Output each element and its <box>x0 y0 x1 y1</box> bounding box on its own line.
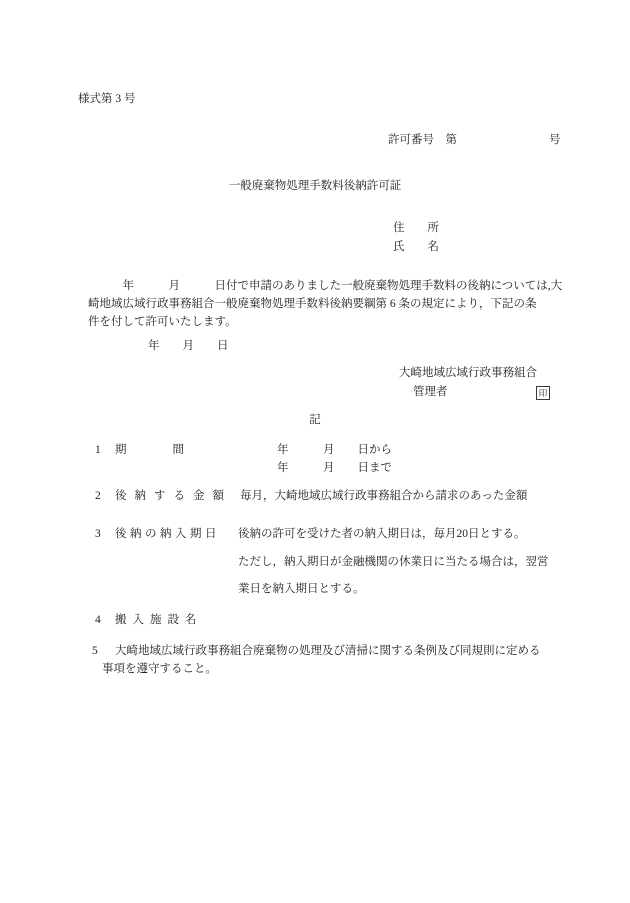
item-3-number: 3 <box>95 527 101 541</box>
issuer-title: 管理者 <box>413 385 448 399</box>
record-marker: 記 <box>0 413 630 427</box>
item-5-line-2: 事項を遵守すること。 <box>102 662 217 676</box>
item-4-label: 搬入施設名 <box>115 613 203 627</box>
form-number: 様式第 3 号 <box>78 92 136 106</box>
item-3-line-1: 後納の許可を受けた者の納入期日は，毎月20日とする。 <box>238 527 526 541</box>
item-4-number: 4 <box>95 613 101 627</box>
seal-stamp: 印 <box>536 386 550 400</box>
item-2-number: 2 <box>95 489 101 503</box>
issuer-name: 大崎地域広域行政事務組合 <box>399 366 537 380</box>
issue-date-line: 年 月 日 <box>148 339 229 353</box>
body-paragraph-line-3: 件を付して許可いたします。 <box>88 315 237 329</box>
item-5-number: 5 <box>92 644 98 658</box>
item-3-label: 後納の納入期日 <box>115 527 220 541</box>
address-label: 住 所 <box>393 221 439 235</box>
document-page: 様式第 3 号 許可番号 第 号 一般廃棄物処理手数料後納許可証 住 所 氏 名… <box>0 0 630 903</box>
item-1-line-2: 年 月 日まで <box>277 461 392 475</box>
issuer-role-row: 管理者 印 <box>413 385 550 400</box>
item-1-number: 1 <box>95 443 101 457</box>
item-1-line-1: 年 月 日から <box>277 443 392 457</box>
item-2-label: 後納する金額 <box>115 489 232 503</box>
item-2-line-1: 毎月，大崎地域広域行政事務組合から請求のあった金額 <box>240 489 527 503</box>
name-label: 氏 名 <box>393 240 439 254</box>
body-paragraph-line-1: 年 月 日付で申請のありました一般廃棄物処理手数料の後納については,大 <box>88 279 562 293</box>
item-5-line-1: 大崎地域広域行政事務組合廃棄物の処理及び清掃に関する条例及び同規則に定める <box>115 644 541 658</box>
body-paragraph-line-2: 崎地域広域行政事務組合一般廃棄物処理手数料後納要綱第 6 条の規定により，下記の… <box>88 297 537 311</box>
item-3-line-3: 業日を納入期日とする。 <box>238 582 365 596</box>
item-1-label: 期 間 <box>115 443 184 457</box>
item-3-line-2: ただし，納入期日が金融機関の休業日に当たる場合は，翌営 <box>238 555 549 569</box>
permit-number-line: 許可番号 第 号 <box>388 133 561 147</box>
document-title: 一般廃棄物処理手数料後納許可証 <box>0 179 630 193</box>
